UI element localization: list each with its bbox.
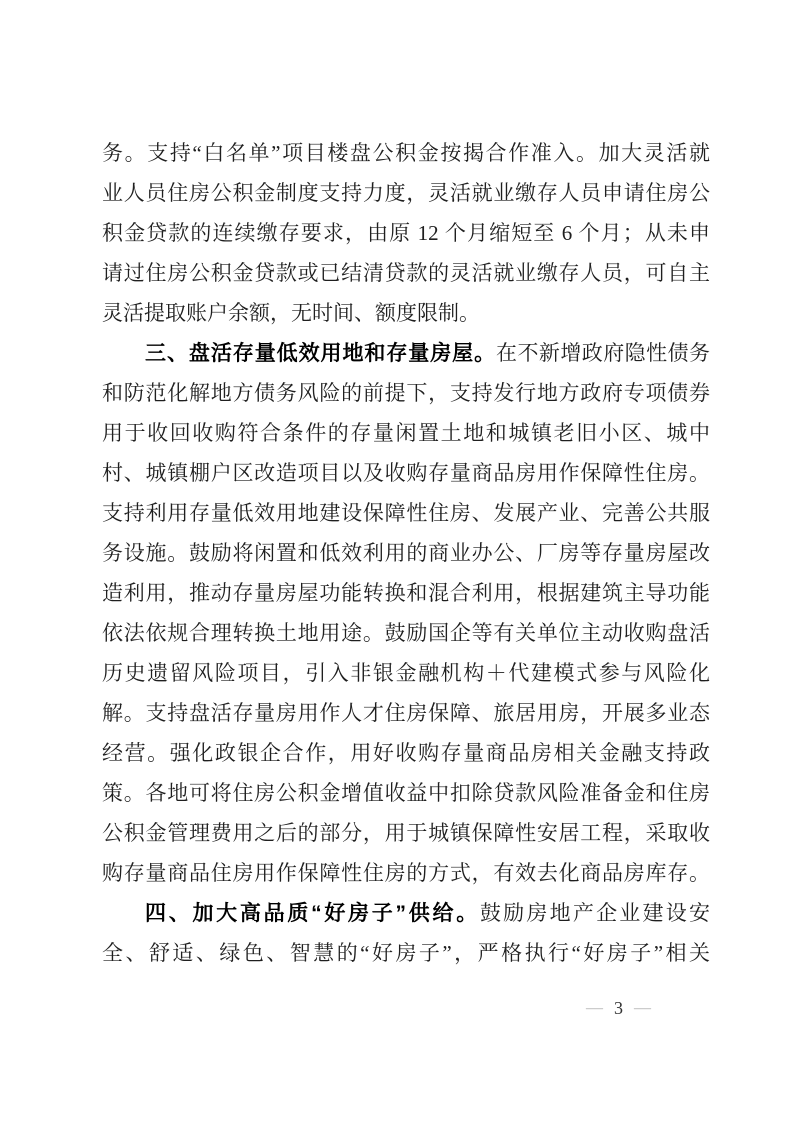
text-line: 公积金管理费用之后的部分，用于城镇保障性安居工程，采取收: [102, 813, 710, 853]
line-text: 支持利用存量低效用地建设保障性住房、发展产业、完善公共服: [102, 501, 710, 525]
text-line: 依法依规合理转换土地用途。鼓励国企等有关单位主动收购盘活: [102, 613, 710, 653]
line-text: 请过住房公积金贷款或已结清贷款的灵活就业缴存人员，可自主: [102, 261, 710, 285]
document-page: 务。支持“白名单”项目楼盘公积金按揭合作准入。加大灵活就业人员住房公积金制度支持…: [0, 0, 793, 1122]
text-line: 解。支持盘活存量房用作人才住房保障、旅居用房，开展多业态: [102, 693, 710, 733]
line-text: 鼓励房地产企业建设安: [480, 901, 710, 925]
line-text: 在不新增政府隐性债务: [496, 341, 710, 365]
text-line: 造利用，推动存量房屋功能转换和混合利用，根据建筑主导功能: [102, 573, 710, 613]
line-text: 务设施。鼓励将闲置和低效利用的商业办公、厂房等存量房屋改: [102, 541, 710, 565]
text-line: 支持利用存量低效用地建设保障性住房、发展产业、完善公共服: [102, 493, 710, 533]
footer-dash-right: —: [634, 998, 651, 1019]
line-text: 策。各地可将住房公积金增值收益中扣除贷款风险准备金和住房: [102, 781, 710, 805]
line-text: 公积金管理费用之后的部分，用于城镇保障性安居工程，采取收: [102, 821, 710, 845]
text-line: 积金贷款的连续缴存要求，由原 12 个月缩短至 6 个月；从未申: [102, 213, 710, 253]
line-text: 经营。强化政银企合作，用好收购存量商品房相关金融支持政: [102, 741, 710, 765]
text-line: 用于收回收购符合条件的存量闲置土地和城镇老旧小区、城中: [102, 413, 710, 453]
page-footer: — 3 —: [586, 995, 651, 1021]
text-line: 经营。强化政银企合作，用好收购存量商品房相关金融支持政: [102, 733, 710, 773]
text-line: 村、城镇棚户区改造项目以及收购存量商品房用作保障性住房。: [102, 453, 710, 493]
line-text: 历史遗留风险项目，引入非银金融机构＋代建模式参与风险化: [102, 661, 710, 685]
line-text: 灵活提取账户余额，无时间、额度限制。: [102, 301, 480, 325]
text-line: 四、加大高品质“好房子”供给。鼓励房地产企业建设安: [102, 893, 710, 933]
section-heading: 四、加大高品质“好房子”供给。: [145, 902, 480, 925]
line-text: 业人员住房公积金制度支持力度，灵活就业缴存人员申请住房公: [102, 181, 710, 205]
line-text: 造利用，推动存量房屋功能转换和混合利用，根据建筑主导功能: [102, 581, 710, 605]
text-line: 策。各地可将住房公积金增值收益中扣除贷款风险准备金和住房: [102, 773, 710, 813]
text-line: 务设施。鼓励将闲置和低效利用的商业办公、厂房等存量房屋改: [102, 533, 710, 573]
section-heading: 三、盘活存量低效用地和存量房屋。: [145, 342, 496, 365]
line-text: 购存量商品住房用作保障性住房的方式，有效去化商品房库存。: [102, 861, 710, 885]
line-text: 依法依规合理转换土地用途。鼓励国企等有关单位主动收购盘活: [102, 621, 710, 645]
text-line: 三、盘活存量低效用地和存量房屋。在不新增政府隐性债务: [102, 333, 710, 373]
text-line: 历史遗留风险项目，引入非银金融机构＋代建模式参与风险化: [102, 653, 710, 693]
text-line: 业人员住房公积金制度支持力度，灵活就业缴存人员申请住房公: [102, 173, 710, 213]
page-number: 3: [614, 995, 623, 1021]
text-line: 和防范化解地方债务风险的前提下，支持发行地方政府专项债券: [102, 373, 710, 413]
line-text: 和防范化解地方债务风险的前提下，支持发行地方政府专项债券: [102, 381, 710, 405]
text-line: 全、舒适、绿色、智慧的“好房子”，严格执行“好房子”相关: [102, 933, 710, 973]
text-line: 灵活提取账户余额，无时间、额度限制。: [102, 293, 710, 333]
text-line: 购存量商品住房用作保障性住房的方式，有效去化商品房库存。: [102, 853, 710, 893]
text-line: 务。支持“白名单”项目楼盘公积金按揭合作准入。加大灵活就: [102, 133, 710, 173]
footer-dash-left: —: [586, 998, 603, 1019]
line-text: 全、舒适、绿色、智慧的“好房子”，严格执行“好房子”相关: [102, 941, 710, 965]
document-body: 务。支持“白名单”项目楼盘公积金按揭合作准入。加大灵活就业人员住房公积金制度支持…: [102, 133, 710, 973]
line-text: 村、城镇棚户区改造项目以及收购存量商品房用作保障性住房。: [102, 461, 710, 485]
line-text: 用于收回收购符合条件的存量闲置土地和城镇老旧小区、城中: [102, 421, 710, 445]
line-text: 积金贷款的连续缴存要求，由原 12 个月缩短至 6 个月；从未申: [102, 221, 710, 245]
text-line: 请过住房公积金贷款或已结清贷款的灵活就业缴存人员，可自主: [102, 253, 710, 293]
line-text: 解。支持盘活存量房用作人才住房保障、旅居用房，开展多业态: [102, 701, 710, 725]
line-text: 务。支持“白名单”项目楼盘公积金按揭合作准入。加大灵活就: [102, 141, 710, 165]
